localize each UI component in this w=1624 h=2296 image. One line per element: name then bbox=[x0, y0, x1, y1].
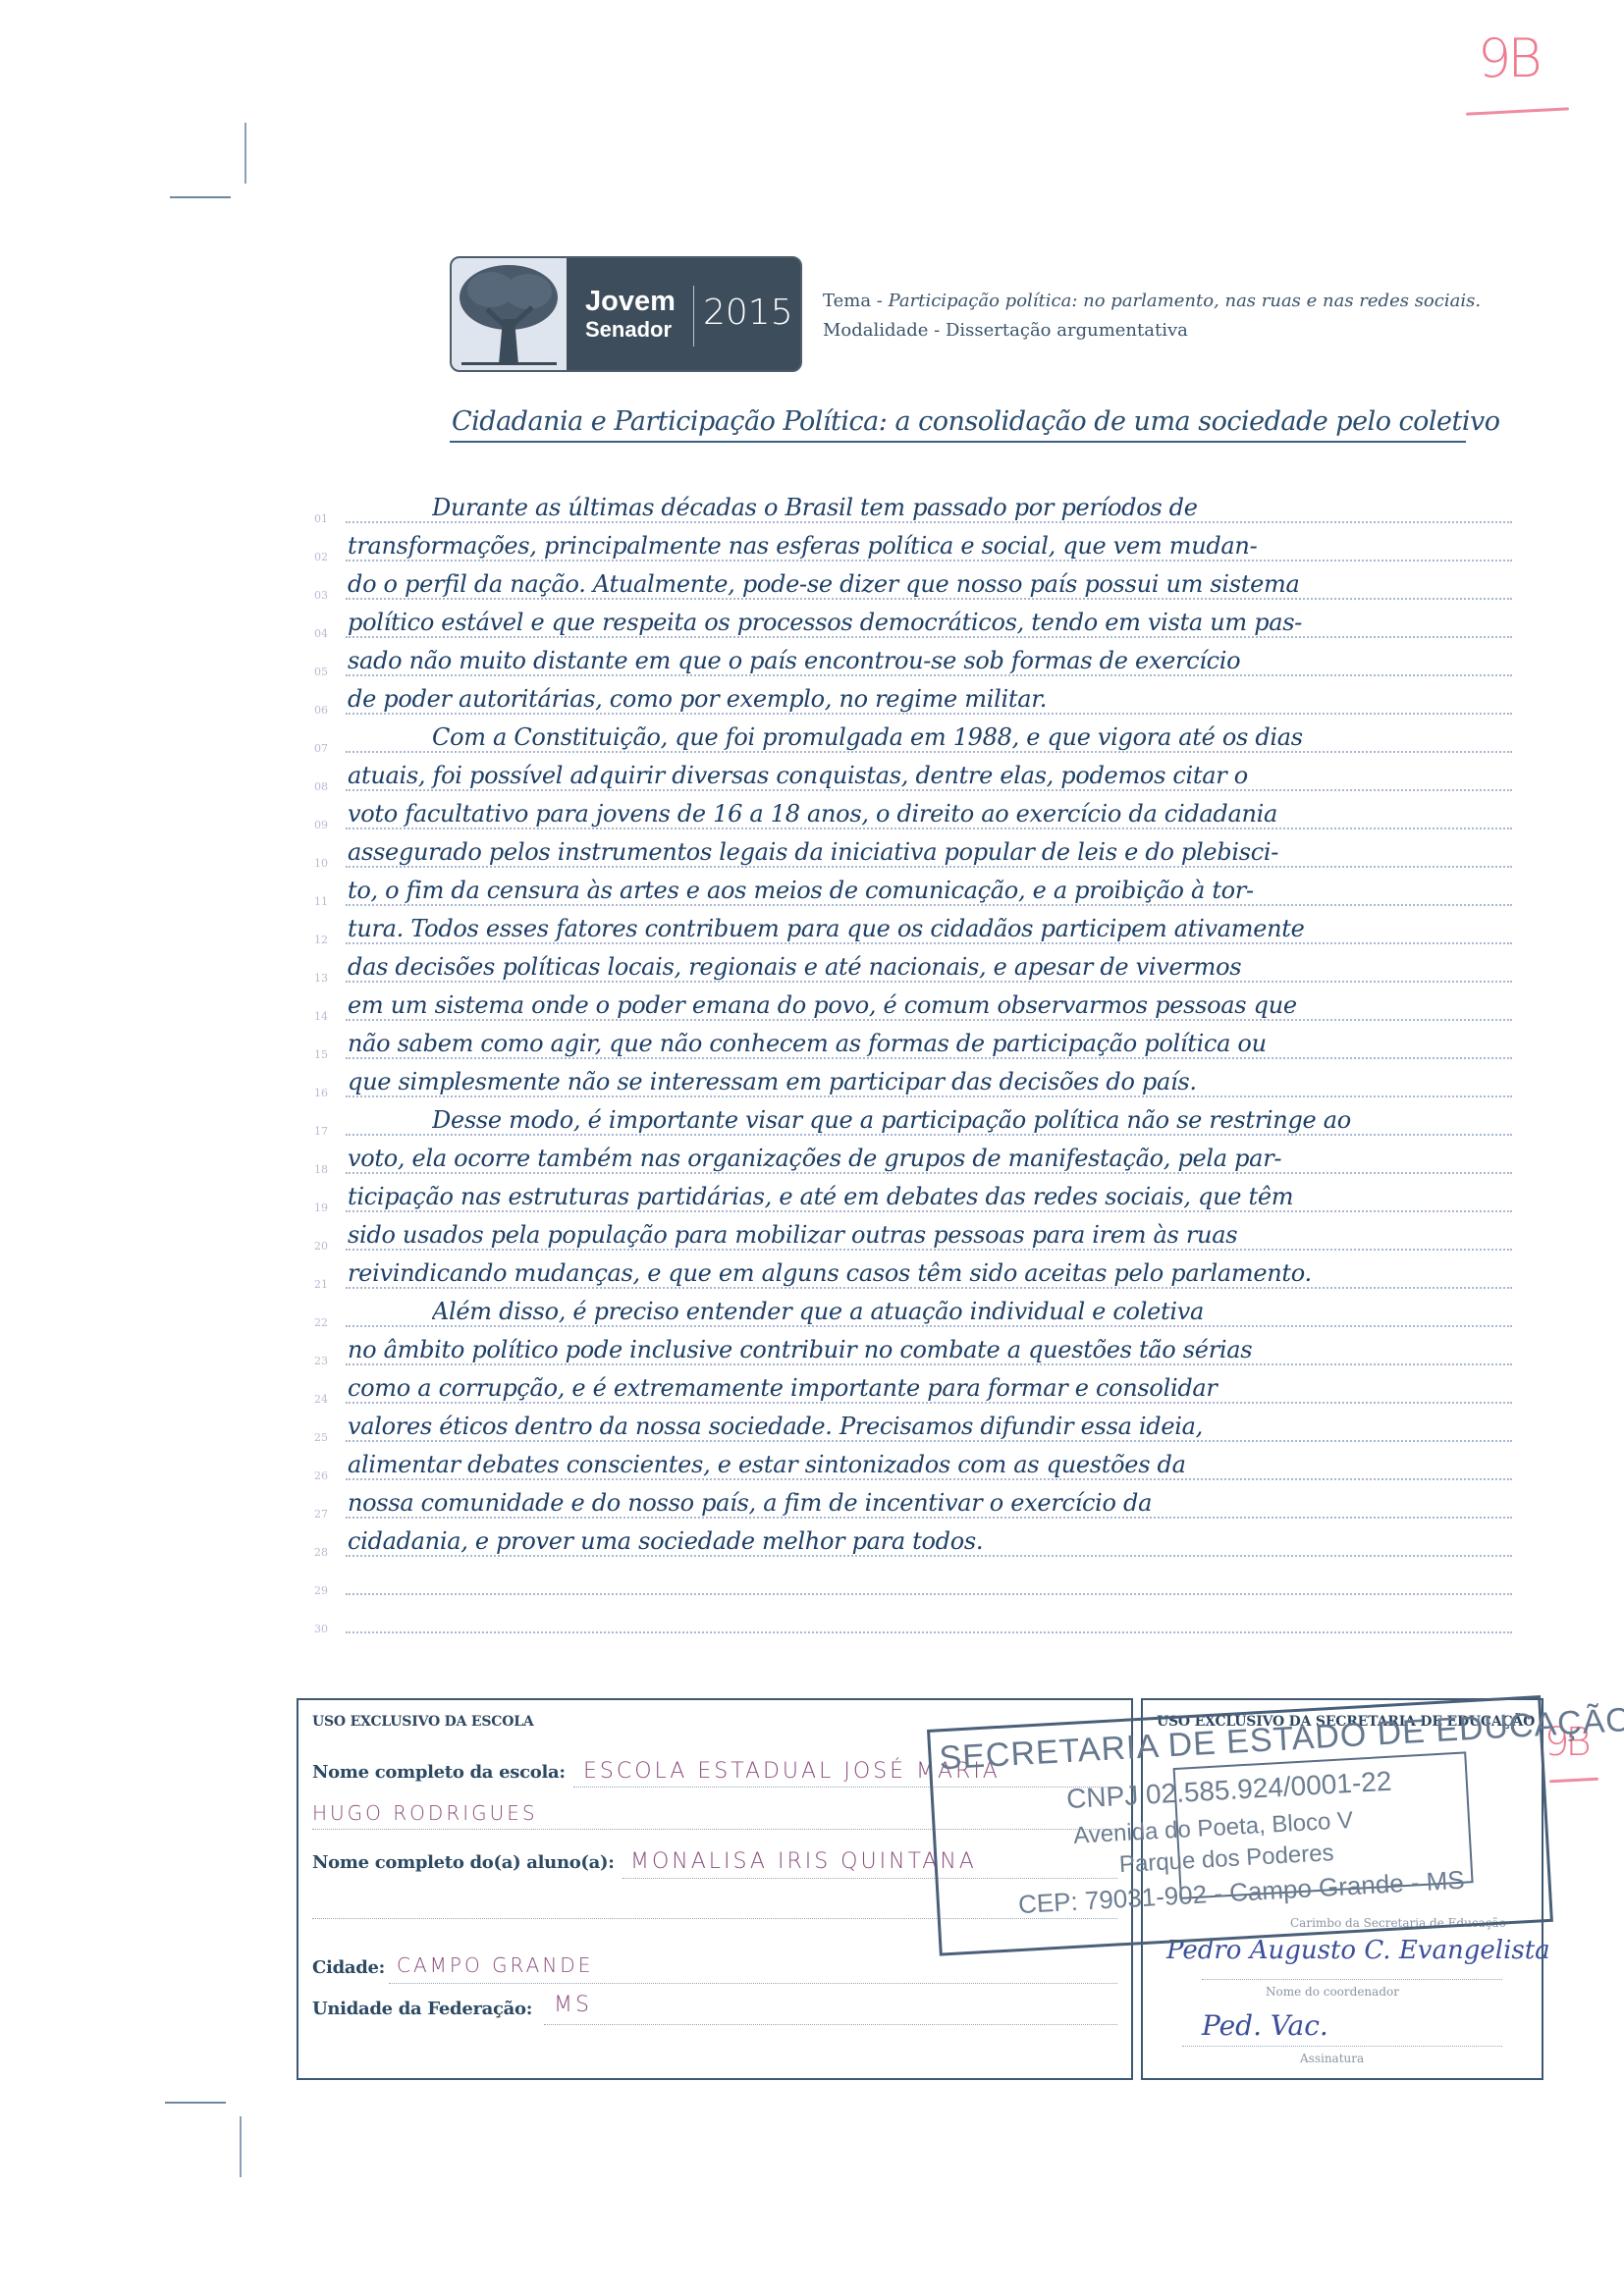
essay-line: 28cidadania, e prover uma sociedade melh… bbox=[314, 1522, 1512, 1561]
crop-mark-top-left-vertical bbox=[244, 123, 246, 184]
coordinator-caption: Nome do coordenador bbox=[1266, 1985, 1399, 1999]
line-text: como a corrupção, e é extremamente impor… bbox=[348, 1374, 1512, 1402]
tema-value: Participação política: no parlamento, na… bbox=[889, 291, 1481, 311]
line-number: 07 bbox=[314, 742, 338, 755]
line-number: 19 bbox=[314, 1201, 338, 1214]
essay-line: 17Desse modo, é importante visar que a p… bbox=[314, 1101, 1512, 1140]
line-text: voto, ela ocorre também nas organizações… bbox=[348, 1145, 1512, 1172]
line-rule bbox=[346, 1593, 1512, 1595]
line-rule bbox=[346, 751, 1512, 753]
school-name-rule-2 bbox=[312, 1829, 1117, 1830]
line-rule bbox=[346, 942, 1512, 944]
logo-divider bbox=[693, 286, 694, 347]
essay-line: 06de poder autoritárias, como por exempl… bbox=[314, 680, 1512, 719]
line-text: to, o fim da censura às artes e aos meio… bbox=[348, 877, 1512, 904]
logo-jovem-text: Jovem bbox=[585, 288, 676, 316]
line-text: de poder autoritárias, como por exemplo,… bbox=[348, 685, 1512, 713]
uf-value[interactable]: MS bbox=[554, 1993, 592, 2017]
tema-line: Tema - Participação política: no parlame… bbox=[823, 291, 1481, 311]
essay-line: 02transformações, principalmente nas esf… bbox=[314, 527, 1512, 565]
line-number: 05 bbox=[314, 666, 338, 678]
stamp-caption: Carimbo da Secretaria de Educação bbox=[1290, 1916, 1506, 1930]
essay-title: Cidadania e Participação Política: a con… bbox=[452, 406, 1473, 437]
line-text: ticipação nas estruturas partidárias, e … bbox=[348, 1183, 1512, 1210]
signature-caption: Assinatura bbox=[1300, 2052, 1364, 2065]
grade-mark-top: 9B bbox=[1478, 27, 1539, 89]
line-number: 18 bbox=[314, 1163, 338, 1176]
secretaria-box-heading: USO EXCLUSIVO DA SECRETARIA DE EDUCAÇÃO bbox=[1157, 1714, 1535, 1730]
line-rule bbox=[346, 1517, 1512, 1519]
line-text: voto facultativo para jovens de 16 a 18 … bbox=[348, 800, 1512, 828]
tema-label: Tema - bbox=[823, 291, 889, 311]
essay-line: 18voto, ela ocorre também nas organizaçõ… bbox=[314, 1140, 1512, 1178]
line-rule bbox=[346, 674, 1512, 676]
school-name-label: Nome completo da escola: bbox=[312, 1762, 566, 1783]
line-text: Além disso, é preciso entender que a atu… bbox=[432, 1298, 1512, 1325]
essay-line: 14em um sistema onde o poder emana do po… bbox=[314, 987, 1512, 1025]
line-rule bbox=[346, 904, 1512, 906]
essay-line: 27nossa comunidade e do nosso país, a fi… bbox=[314, 1484, 1512, 1522]
line-number: 10 bbox=[314, 857, 338, 870]
essay-line: 12tura. Todos esses fatores contribuem p… bbox=[314, 910, 1512, 948]
essay-line: 10assegurado pelos instrumentos legais d… bbox=[314, 833, 1512, 872]
essay-line: 15não sabem como agir, que não conhecem … bbox=[314, 1025, 1512, 1063]
essay-line: 11to, o fim da censura às artes e aos me… bbox=[314, 872, 1512, 910]
line-text: Durante as últimas décadas o Brasil tem … bbox=[432, 494, 1512, 521]
essay-line: 07Com a Constituição, que foi promulgada… bbox=[314, 719, 1512, 757]
line-text: das decisões políticas locais, regionais… bbox=[348, 953, 1512, 981]
student-name-rule-2 bbox=[312, 1918, 1117, 1919]
line-number: 20 bbox=[314, 1240, 338, 1253]
essay-line: 04político estável e que respeita os pro… bbox=[314, 604, 1512, 642]
line-rule bbox=[346, 1057, 1512, 1059]
grade-mark-side: 9B bbox=[1544, 1720, 1588, 1765]
line-rule bbox=[346, 789, 1512, 791]
city-value[interactable]: CAMPO GRANDE bbox=[397, 1953, 593, 1977]
tree-panel bbox=[452, 258, 567, 370]
line-rule bbox=[346, 1440, 1512, 1442]
line-text: reivindicando mudanças, e que em alguns … bbox=[348, 1259, 1512, 1287]
line-text: atuais, foi possível adquirir diversas c… bbox=[348, 762, 1512, 789]
essay-line: 13das decisões políticas locais, regiona… bbox=[314, 948, 1512, 987]
line-number: 22 bbox=[314, 1316, 338, 1329]
line-number: 12 bbox=[314, 934, 338, 946]
line-text: tura. Todos esses fatores contribuem par… bbox=[348, 915, 1512, 942]
line-number: 08 bbox=[314, 780, 338, 793]
line-number: 09 bbox=[314, 819, 338, 831]
essay-line: 29 bbox=[314, 1561, 1512, 1599]
essay-line: 30 bbox=[314, 1599, 1512, 1637]
line-rule bbox=[346, 636, 1512, 638]
line-number: 25 bbox=[314, 1431, 338, 1444]
line-rule bbox=[346, 521, 1512, 523]
line-number: 23 bbox=[314, 1355, 338, 1367]
essay-line: 24como a corrupção, e é extremamente imp… bbox=[314, 1369, 1512, 1408]
essay-line: 25valores éticos dentro da nossa socieda… bbox=[314, 1408, 1512, 1446]
school-name-value-2[interactable]: HUGO RODRIGUES bbox=[312, 1801, 538, 1825]
logo-year: 2015 bbox=[703, 295, 793, 331]
secretaria-use-box: USO EXCLUSIVO DA SECRETARIA DE EDUCAÇÃO … bbox=[1141, 1698, 1543, 2080]
crop-mark-bottom-left-horizontal bbox=[165, 2102, 226, 2104]
line-text: político estável e que respeita os proce… bbox=[348, 609, 1512, 636]
line-text: alimentar debates conscientes, e estar s… bbox=[348, 1451, 1512, 1478]
essay-line: 16que simplesmente não se interessam em … bbox=[314, 1063, 1512, 1101]
line-number: 15 bbox=[314, 1048, 338, 1061]
line-text: assegurado pelos instrumentos legais da … bbox=[348, 838, 1512, 866]
line-rule bbox=[346, 560, 1512, 561]
line-number: 21 bbox=[314, 1278, 338, 1291]
line-number: 27 bbox=[314, 1508, 338, 1521]
school-box-heading: USO EXCLUSIVO DA ESCOLA bbox=[312, 1714, 534, 1730]
line-text: que simplesmente não se interessam em pa… bbox=[348, 1068, 1512, 1095]
line-rule bbox=[346, 1172, 1512, 1174]
line-rule bbox=[346, 1287, 1512, 1289]
line-text: no âmbito político pode inclusive contri… bbox=[348, 1336, 1512, 1363]
line-number: 17 bbox=[314, 1125, 338, 1138]
city-rule bbox=[389, 1983, 1117, 1984]
line-text: nossa comunidade e do nosso país, a fim … bbox=[348, 1489, 1512, 1517]
line-number: 13 bbox=[314, 972, 338, 985]
uf-rule bbox=[544, 2024, 1117, 2025]
line-number: 03 bbox=[314, 589, 338, 602]
line-text: Com a Constituição, que foi promulgada e… bbox=[432, 723, 1512, 751]
line-text: cidadania, e prover uma sociedade melhor… bbox=[348, 1527, 1512, 1555]
line-rule bbox=[346, 1363, 1512, 1365]
line-rule bbox=[346, 1402, 1512, 1404]
essay-line: 23no âmbito político pode inclusive cont… bbox=[314, 1331, 1512, 1369]
essay-line: 08atuais, foi possível adquirir diversas… bbox=[314, 757, 1512, 795]
school-use-box: USO EXCLUSIVO DA ESCOLA Nome completo da… bbox=[297, 1698, 1133, 2080]
student-name-label: Nome completo do(a) aluno(a): bbox=[312, 1852, 615, 1873]
line-number: 04 bbox=[314, 627, 338, 640]
line-rule bbox=[346, 1555, 1512, 1557]
line-rule bbox=[346, 598, 1512, 600]
signature-rule bbox=[1182, 2046, 1502, 2047]
student-name-rule-1 bbox=[623, 1878, 1117, 1879]
line-text: sado não muito distante em que o país en… bbox=[348, 647, 1512, 674]
line-rule bbox=[346, 1478, 1512, 1480]
essay-line: 20sido usados pela população para mobili… bbox=[314, 1216, 1512, 1255]
school-name-value-1[interactable]: ESCOLA ESTADUAL JOSÉ MARIA bbox=[583, 1759, 1001, 1784]
coordinator-name-signature: Pedro Augusto C. Evangelista bbox=[1166, 1936, 1550, 1965]
line-rule bbox=[346, 981, 1512, 983]
essay-line: 22Além disso, é preciso entender que a a… bbox=[314, 1293, 1512, 1331]
line-text: do o perfil da nação. Atualmente, pode-s… bbox=[348, 570, 1512, 598]
line-text: valores éticos dentro da nossa sociedade… bbox=[348, 1413, 1512, 1440]
line-number: 24 bbox=[314, 1393, 338, 1406]
line-rule bbox=[346, 1095, 1512, 1097]
essay-line: 09voto facultativo para jovens de 16 a 1… bbox=[314, 795, 1512, 833]
student-name-value[interactable]: MONALISA IRIS QUINTANA bbox=[630, 1849, 977, 1874]
line-number: 26 bbox=[314, 1469, 338, 1482]
coordinator-signature: Ped. Vac. bbox=[1202, 2009, 1328, 2042]
city-label: Cidade: bbox=[312, 1957, 385, 1978]
line-rule bbox=[346, 713, 1512, 715]
jovem-senador-logo: Jovem Senador 2015 bbox=[450, 256, 802, 372]
line-number: 30 bbox=[314, 1623, 338, 1635]
essay-line: 26alimentar debates conscientes, e estar… bbox=[314, 1446, 1512, 1484]
modalidade-line: Modalidade - Dissertação argumentativa bbox=[823, 320, 1188, 341]
line-number: 02 bbox=[314, 551, 338, 563]
line-rule bbox=[346, 1210, 1512, 1212]
line-rule bbox=[346, 828, 1512, 829]
grade-underline-top bbox=[1466, 107, 1569, 115]
line-rule bbox=[346, 1249, 1512, 1251]
tree-icon bbox=[452, 258, 567, 370]
line-rule bbox=[346, 1325, 1512, 1327]
line-text: transformações, principalmente nas esfer… bbox=[348, 532, 1512, 560]
crop-mark-top-left-horizontal bbox=[170, 196, 231, 198]
line-text: não sabem como agir, que não conhecem as… bbox=[348, 1030, 1512, 1057]
essay-title-underline bbox=[450, 441, 1466, 443]
essay-line: 05sado não muito distante em que o país … bbox=[314, 642, 1512, 680]
essay-line: 03do o perfil da nação. Atualmente, pode… bbox=[314, 565, 1512, 604]
line-number: 14 bbox=[314, 1010, 338, 1023]
line-number: 11 bbox=[314, 895, 338, 908]
essay-line: 01Durante as últimas décadas o Brasil te… bbox=[314, 489, 1512, 527]
coordinator-rule bbox=[1202, 1979, 1502, 1980]
essay-line: 19ticipação nas estruturas partidárias, … bbox=[314, 1178, 1512, 1216]
line-rule bbox=[346, 1134, 1512, 1136]
logo-senador-text: Senador bbox=[585, 319, 672, 341]
essay-body: 01Durante as últimas décadas o Brasil te… bbox=[314, 489, 1512, 1637]
line-rule bbox=[346, 1631, 1512, 1633]
line-number: 29 bbox=[314, 1584, 338, 1597]
line-text: Desse modo, é importante visar que a par… bbox=[432, 1106, 1512, 1134]
line-text: em um sistema onde o poder emana do povo… bbox=[348, 991, 1512, 1019]
line-number: 16 bbox=[314, 1087, 338, 1099]
grade-underline-side bbox=[1549, 1778, 1598, 1784]
line-number: 28 bbox=[314, 1546, 338, 1559]
line-number: 01 bbox=[314, 512, 338, 525]
uf-label: Unidade da Federação: bbox=[312, 1999, 532, 2019]
line-number: 06 bbox=[314, 704, 338, 717]
line-text: sido usados pela população para mobiliza… bbox=[348, 1221, 1512, 1249]
school-name-rule-1 bbox=[573, 1787, 1117, 1788]
essay-line: 21reivindicando mudanças, e que em algun… bbox=[314, 1255, 1512, 1293]
line-rule bbox=[346, 866, 1512, 868]
line-rule bbox=[346, 1019, 1512, 1021]
crop-mark-bottom-left-vertical bbox=[240, 2116, 242, 2177]
